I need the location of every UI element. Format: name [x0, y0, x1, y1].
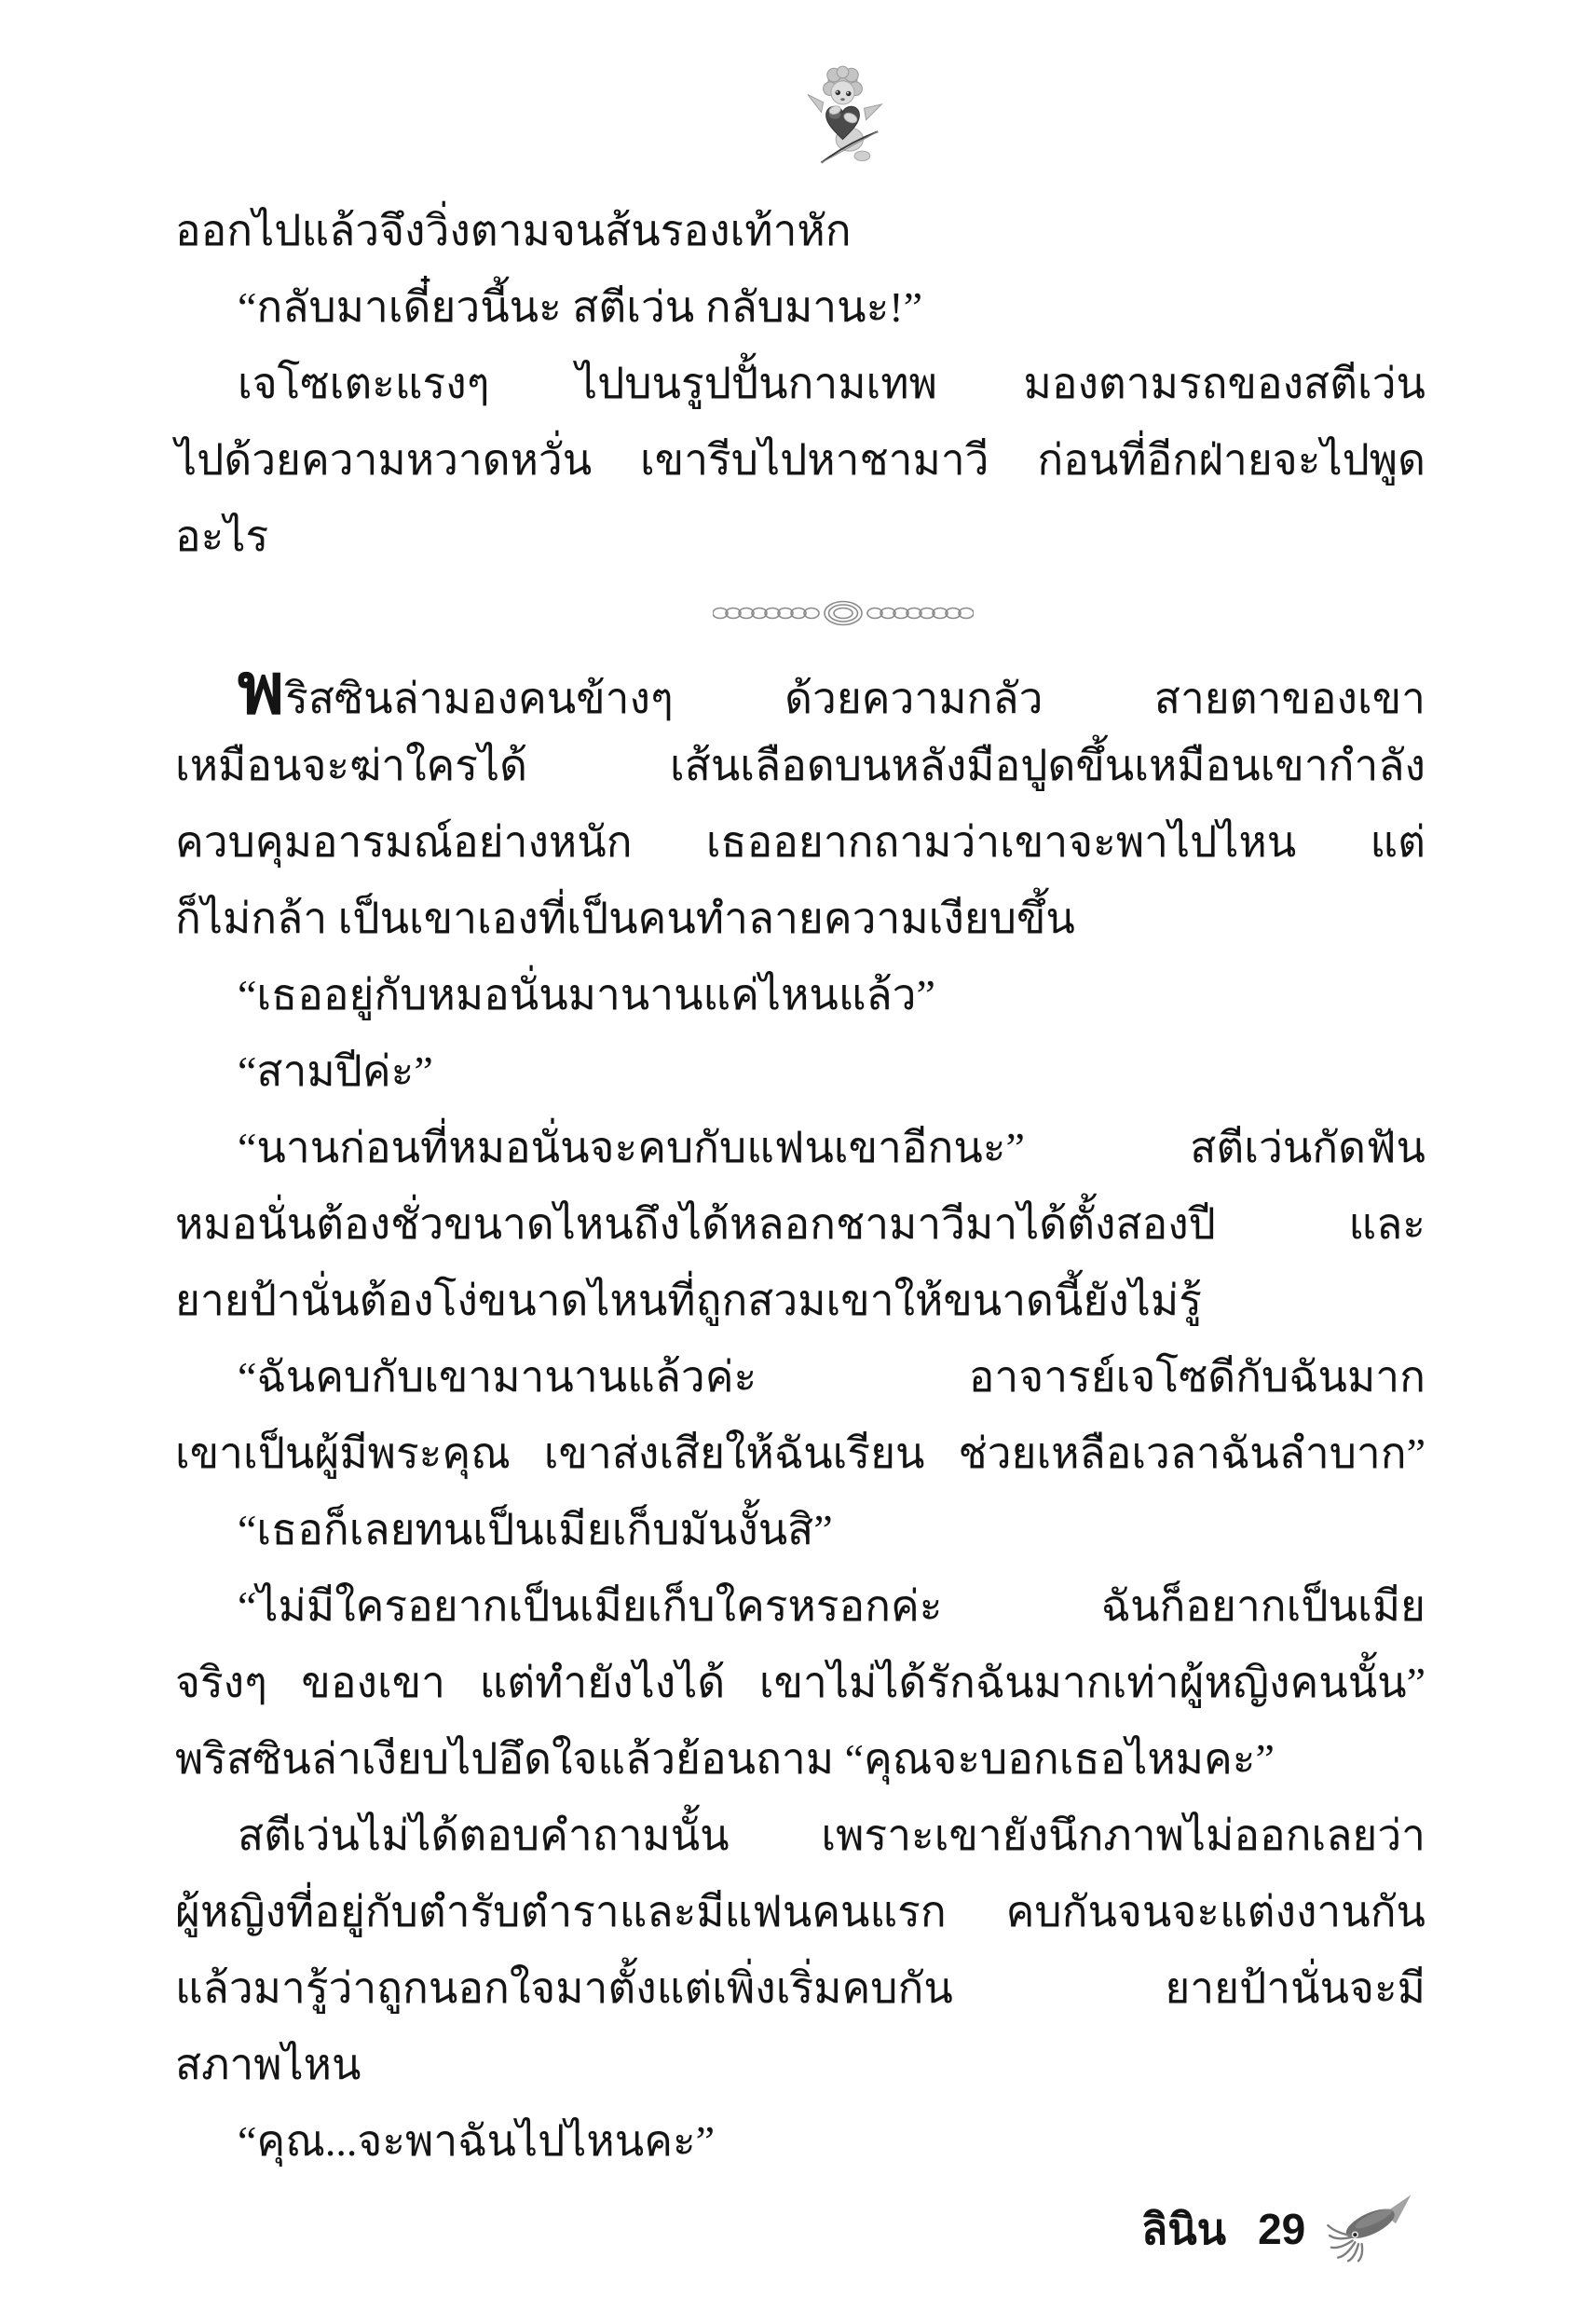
text-line: ก็ไม่กล้า เป็นเขาเองที่เป็นคนทำลายความเง…: [175, 881, 1425, 957]
text-line: ไปด้วยความหวาดหวั่น เขารีบไปหาชามาวี ก่อ…: [175, 422, 1425, 499]
text-line: พริสซินล่าเงียบไปอึดใจแล้วย้อนถาม “คุณจะ…: [175, 1721, 1425, 1798]
text-line: หมอนั่นต้องชั่วขนาดไหนถึงได้หลอกชามาวีมา…: [175, 1186, 1425, 1263]
text-line: เหมือนจะฆ่าใครได้ เส้นเลือดบนหลังมือปูดข…: [175, 728, 1425, 804]
text-line: “นานก่อนที่หมอนั่นจะคบกับแฟนเขาอีกนะ” สต…: [175, 1110, 1425, 1186]
chain-ornament-divider-icon: [713, 599, 974, 627]
footer-running-title: ลินิน 29: [1141, 2184, 1305, 2274]
text-line: ยายป้านั่นต้องโง่ขนาดไหนที่ถูกสวมเขาให้ข…: [175, 1263, 1425, 1339]
scene-divider: [175, 575, 1425, 651]
paragraph-section-2: พริสซินล่ามองคนข้างๆ ด้วยความกลัว สายตาข…: [175, 651, 1425, 2180]
text-line: “สามปีค่ะ”: [175, 1033, 1425, 1110]
squid-illustration: [1321, 2186, 1414, 2266]
text-line: ออกไปแล้วจึงวิ่งตามจนส้นรองเท้าหัก: [175, 193, 1425, 269]
page-footer: ลินิน 29: [0, 2184, 1596, 2274]
text-line: เจโซเตะแรงๆ ไปบนรูปปั้นกามเทพ มองตามรถขอ…: [175, 346, 1425, 422]
text-line: เขาเป็นผู้มีพระคุณ เขาส่งเสียให้ฉันเรียน…: [175, 1415, 1425, 1492]
text-line: ผู้หญิงที่อยู่กับตำรับตำราและมีแฟนคนแรก …: [175, 1874, 1425, 1950]
text-line: “เธอก็เลยทนเป็นเมียเก็บมันงั้นสิ”: [175, 1492, 1425, 1568]
text-line: สภาพไหน: [175, 2027, 1425, 2103]
text-line: “ฉันคบกับเขามานานแล้วค่ะ อาจารย์เจโซดีกั…: [175, 1339, 1425, 1415]
squid-icon: [1321, 2186, 1414, 2266]
text-line: “เธออยู่กับหมอนั่นมานานแค่ไหนแล้ว”: [175, 957, 1425, 1033]
text-line: “คุณ...จะพาฉันไปไหนคะ”: [175, 2103, 1425, 2180]
text-line: อะไร: [175, 499, 1425, 575]
page-number: 29: [1258, 2204, 1305, 2254]
book-title: ลินิน: [1141, 2195, 1226, 2263]
paragraph-section-1: ออกไปแล้วจึงวิ่งตามจนส้นรองเท้าหัก“กลับม…: [175, 193, 1425, 575]
text-line: ควบคุมอารมณ์อย่างหนัก เธออยากถามว่าเขาจะ…: [175, 804, 1425, 881]
text-line: สตีเว่นไม่ได้ตอบคำถามนั้น เพราะเขายังนึก…: [175, 1798, 1425, 1874]
text-line: จริงๆ ของเขา แต่ทำยังไงได้ เขาไม่ได้รักฉ…: [175, 1645, 1425, 1721]
cupid-heart-icon: [794, 63, 892, 171]
cupid-hugging-heart-illustration: [794, 63, 892, 171]
text-line: “กลับมาเดี๋ยวนี้นะ สตีเว่น กลับมานะ!”: [175, 269, 1425, 346]
text-line: พริสซินล่ามองคนข้างๆ ด้วยความกลัว สายตาข…: [175, 651, 1425, 728]
text-line: แล้วมารู้ว่าถูกนอกใจมาตั้งแต่เพิ่งเริ่มค…: [175, 1950, 1425, 2027]
drop-cap: พ: [238, 650, 285, 729]
page-text-block: ออกไปแล้วจึงวิ่งตามจนส้นรองเท้าหัก“กลับม…: [175, 193, 1425, 2180]
text-line: “ไม่มีใครอยากเป็นเมียเก็บใครหรอกค่ะ ฉันก…: [175, 1568, 1425, 1645]
